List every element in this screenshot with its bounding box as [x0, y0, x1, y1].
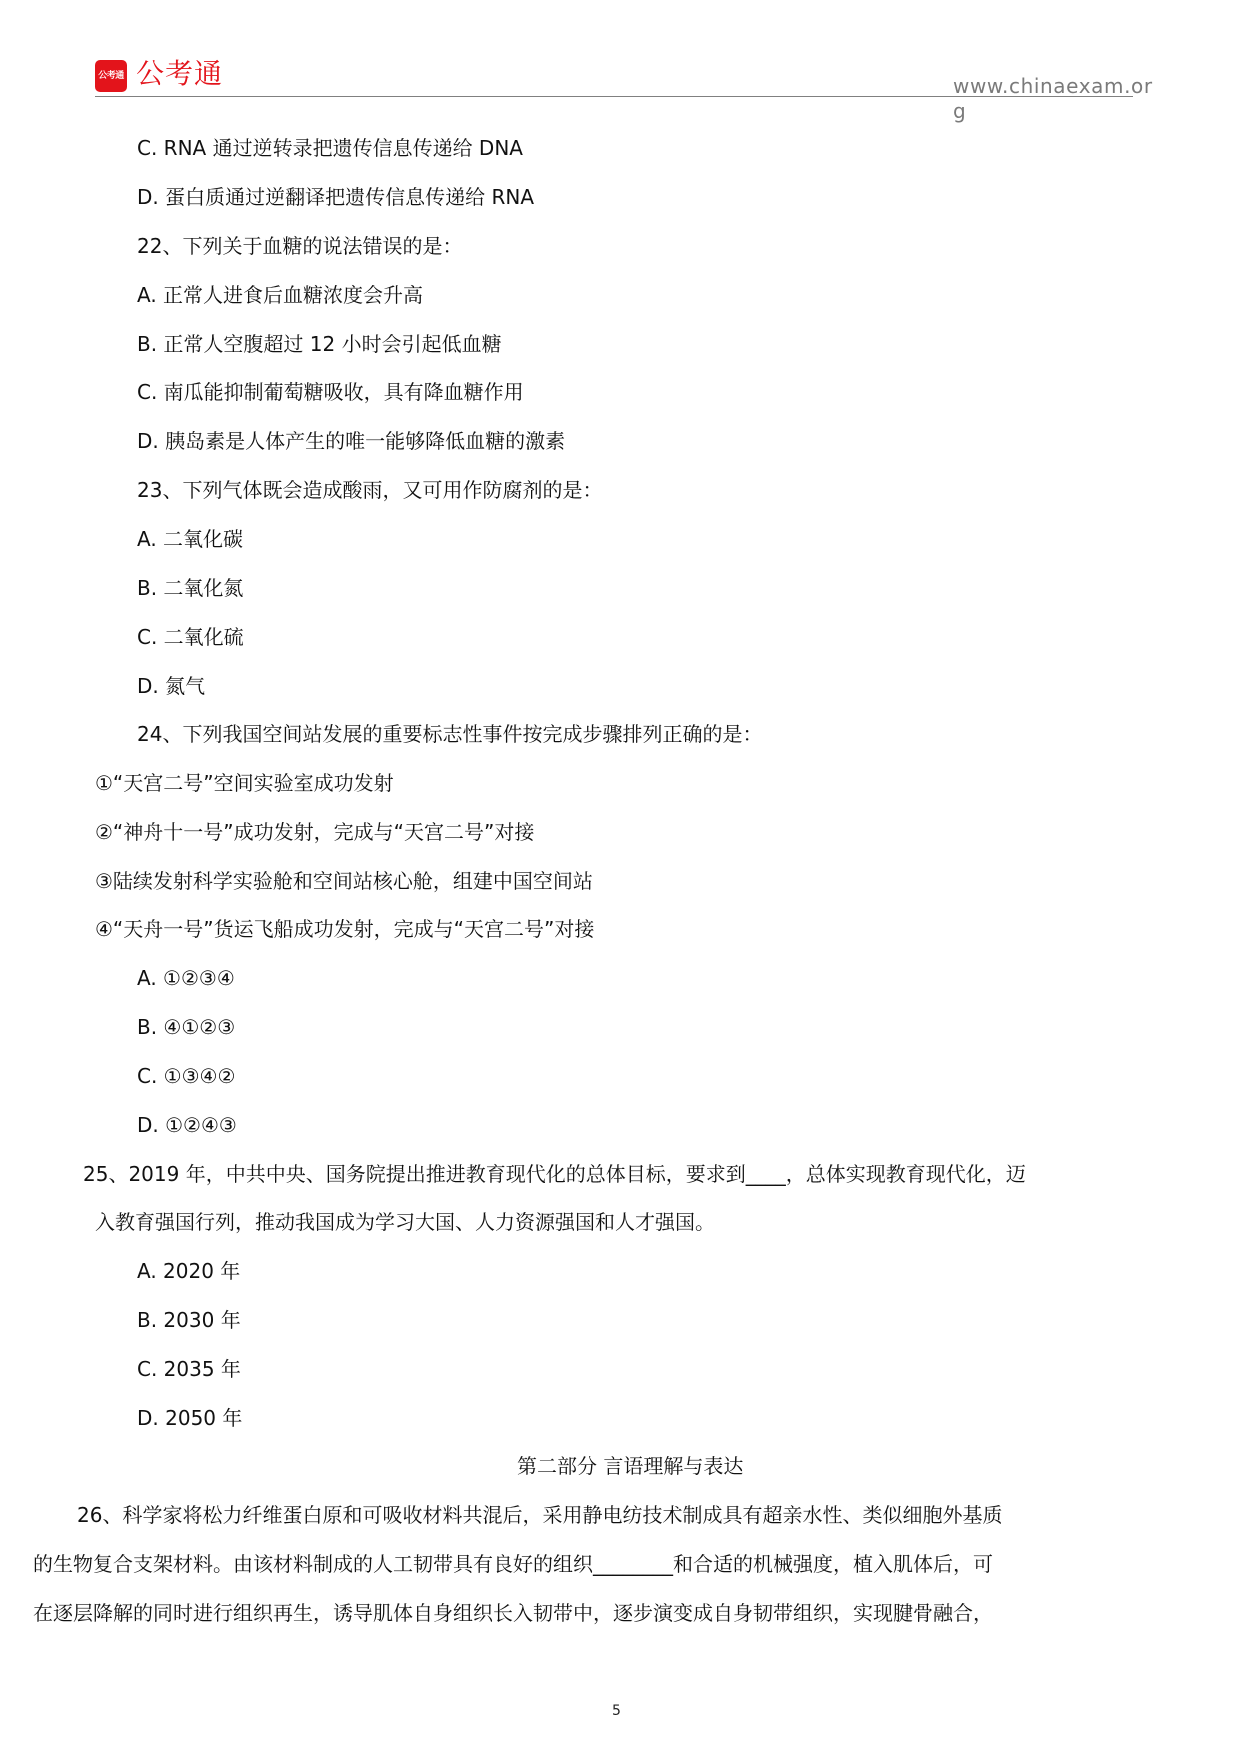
q25-option-c: C. 2035 年	[137, 1355, 241, 1383]
q23-stem: 23、下列气体既会造成酸雨，又可用作防腐剂的是：	[137, 476, 602, 504]
q24-event-4: ④“天舟一号”货运飞船成功发射，完成与“天宫二号”对接	[95, 915, 594, 943]
q21-option-c: C. RNA 通过逆转录把遗传信息传递给 DNA	[137, 134, 523, 162]
q26-line1: 26、科学家将松力纤维蛋白原和可吸收材料共混后，采用静电纺技术制成具有超亲水性、…	[77, 1501, 1002, 1529]
q22-option-b: B. 正常人空腹超过 12 小时会引起低血糖	[137, 330, 502, 358]
q26-line3: 在逐层降解的同时进行组织再生，诱导肌体自身组织长入韧带中，逐步演变成自身韧带组织…	[33, 1599, 993, 1627]
q25-option-b: B. 2030 年	[137, 1306, 241, 1334]
logo-icon: 公考通	[95, 60, 127, 92]
q24-option-a: A. ①②③④	[137, 964, 235, 992]
q25-option-d: D. 2050 年	[137, 1404, 242, 1432]
q24-option-d: D. ①②④③	[137, 1111, 237, 1139]
section-title: 第二部分 言语理解与表达	[517, 1452, 743, 1480]
q23-option-a: A. 二氧化碳	[137, 525, 243, 553]
page-number: 5	[612, 1703, 621, 1719]
site-url: www.chinaexam.org	[953, 74, 1153, 124]
q22-option-d: D. 胰岛素是人体产生的唯一能够降低血糖的激素	[137, 427, 565, 455]
q24-stem: 24、下列我国空间站发展的重要标志性事件按完成步骤排列正确的是：	[137, 720, 762, 748]
q25-option-a: A. 2020 年	[137, 1257, 240, 1285]
logo-text: 公考通	[136, 56, 223, 92]
q25-stem-line1: 25、2019 年，中共中央、国务院提出推进教育现代化的总体目标，要求到____…	[83, 1160, 1026, 1188]
q24-event-3: ③陆续发射科学实验舱和空间站核心舱，组建中国空间站	[95, 867, 593, 895]
q22-option-c: C. 南瓜能抑制葡萄糖吸收，具有降血糖作用	[137, 378, 524, 406]
q24-option-b: B. ④①②③	[137, 1013, 235, 1041]
page-header: 公考通 公考通 www.chinaexam.org	[0, 0, 1240, 130]
q25-stem-line2: 入教育强国行列，推动我国成为学习大国、人力资源强国和人才强国。	[95, 1208, 715, 1236]
q23-option-b: B. 二氧化氮	[137, 574, 243, 602]
q23-option-d: D. 氮气	[137, 672, 205, 700]
q24-event-1: ①“天宫二号”空间实验室成功发射	[95, 769, 394, 797]
q22-option-a: A. 正常人进食后血糖浓度会升高	[137, 281, 423, 309]
q21-option-d: D. 蛋白质通过逆翻译把遗传信息传递给 RNA	[137, 183, 534, 211]
q26-line2: 的生物复合支架材料。由该材料制成的人工韧带具有良好的组织________和合适的…	[33, 1550, 993, 1578]
q23-option-c: C. 二氧化硫	[137, 623, 244, 651]
q22-stem: 22、下列关于血糖的说法错误的是：	[137, 232, 462, 260]
q24-event-2: ②“神舟十一号”成功发射，完成与“天宫二号”对接	[95, 818, 534, 846]
q24-option-c: C. ①③④②	[137, 1062, 235, 1090]
